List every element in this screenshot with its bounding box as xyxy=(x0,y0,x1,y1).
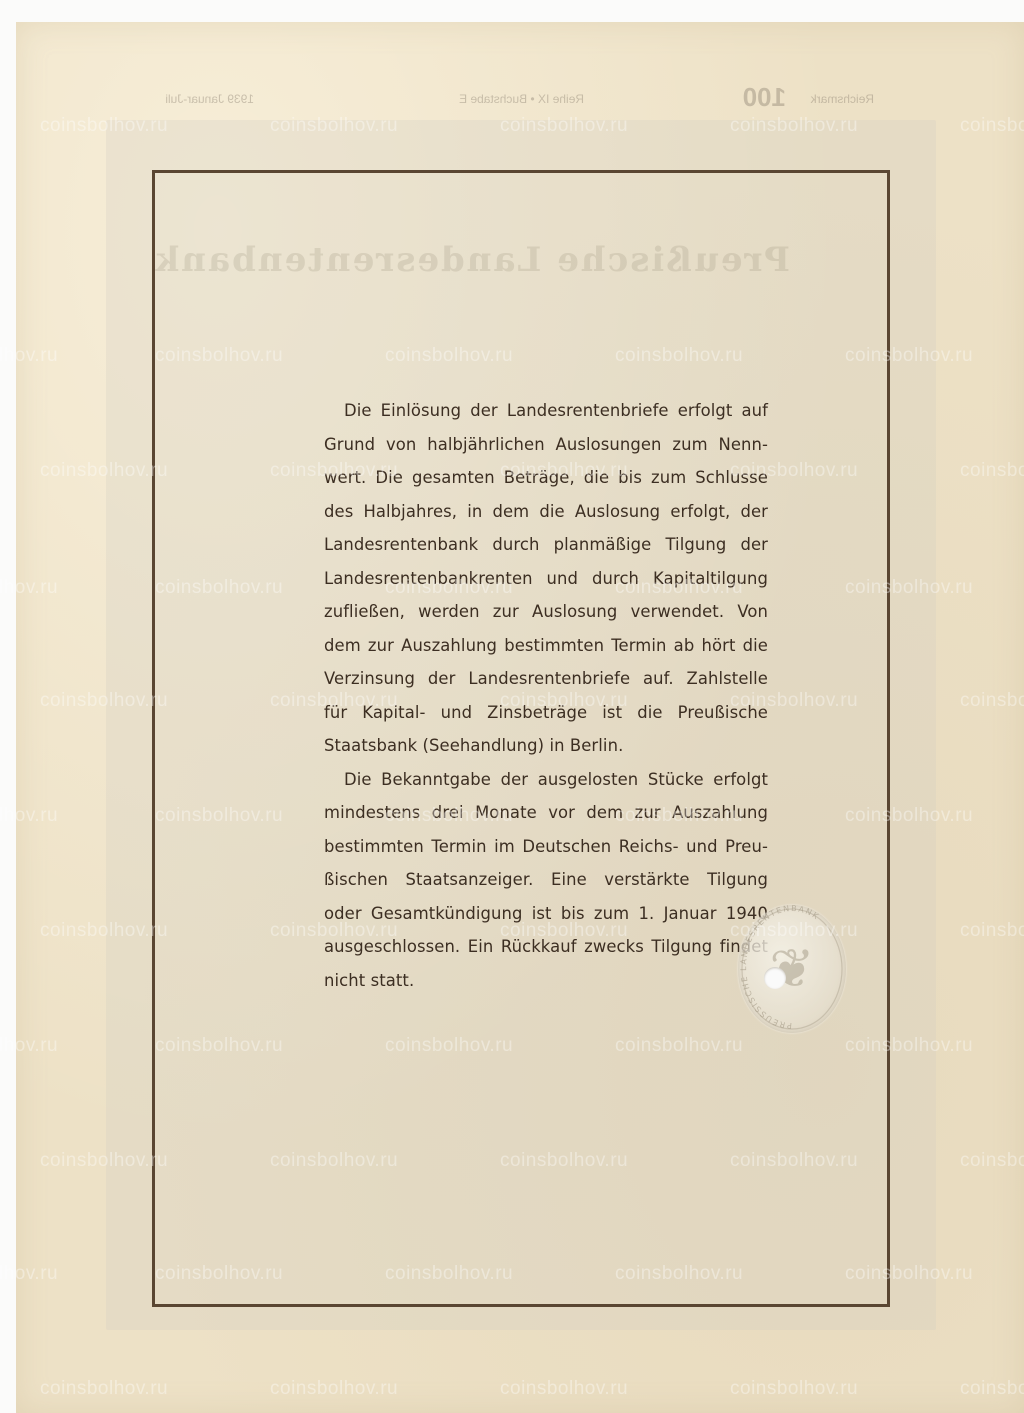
bleed-through-period: 1939 Januar-Juli xyxy=(165,92,254,106)
bleed-through-amount: 100 xyxy=(743,82,786,113)
bleed-through-series: Reihe IX • Buchstabe E xyxy=(459,92,584,106)
text-line: Verzinsung der Landesrentenbriefe auf. Z… xyxy=(304,662,768,696)
paragraph-announcement: Die Bekanntgabe der ausgelosten Stücke e… xyxy=(304,763,768,998)
text-line: bestimmten Termin im Deutschen Reichs- u… xyxy=(304,830,768,864)
text-line: oder Gesamtkündigung ist bis zum 1. Janu… xyxy=(304,897,768,931)
text-line: Grund von halbjährlichen Auslosungen zum… xyxy=(304,428,768,462)
bleed-through-amount-label: Reichsmark xyxy=(811,92,874,106)
text-line: zufließen, werden zur Auslosung verwende… xyxy=(304,595,768,629)
text-line: nicht statt. xyxy=(304,964,768,998)
text-line: für Kapital- und Zinsbeträge ist die Pre… xyxy=(304,696,768,730)
text-line: Die Einlösung der Landesrentenbriefe erf… xyxy=(304,394,768,428)
text-line: Landesrentenbankrenten und durch Kapital… xyxy=(304,562,768,596)
paragraph-redemption: Die Einlösung der Landesrentenbriefe erf… xyxy=(304,394,768,763)
embossed-seal: PREUSSISCHE LANDESRENTENBANK ❦ xyxy=(738,905,846,1033)
text-line: dem zur Auszahlung bestimmten Termin ab … xyxy=(304,629,768,663)
text-line: ausgeschlossen. Ein Rückkauf zwecks Tilg… xyxy=(304,930,768,964)
text-line: ßischen Staatsanzeiger. Eine verstärkte … xyxy=(304,863,768,897)
text-line: mindestens drei Monate vor dem zur Ausza… xyxy=(304,796,768,830)
punch-hole xyxy=(764,967,786,989)
text-line: Die Bekanntgabe der ausgelosten Stücke e… xyxy=(304,763,768,797)
text-line: wert. Die gesamten Beträge, die bis zum … xyxy=(304,461,768,495)
bleed-through-header: Reichsmark 100 Reihe IX • Buchstabe E 19… xyxy=(0,88,1024,112)
text-line: Landesrentenbank durch planmäßige Tilgun… xyxy=(304,528,768,562)
text-line: des Halbjahres, in dem die Auslosung erf… xyxy=(304,495,768,529)
text-line: Staatsbank (Seehandlung) in Berlin. xyxy=(304,729,768,763)
redemption-terms-text: Die Einlösung der Landesrentenbriefe erf… xyxy=(304,394,768,997)
